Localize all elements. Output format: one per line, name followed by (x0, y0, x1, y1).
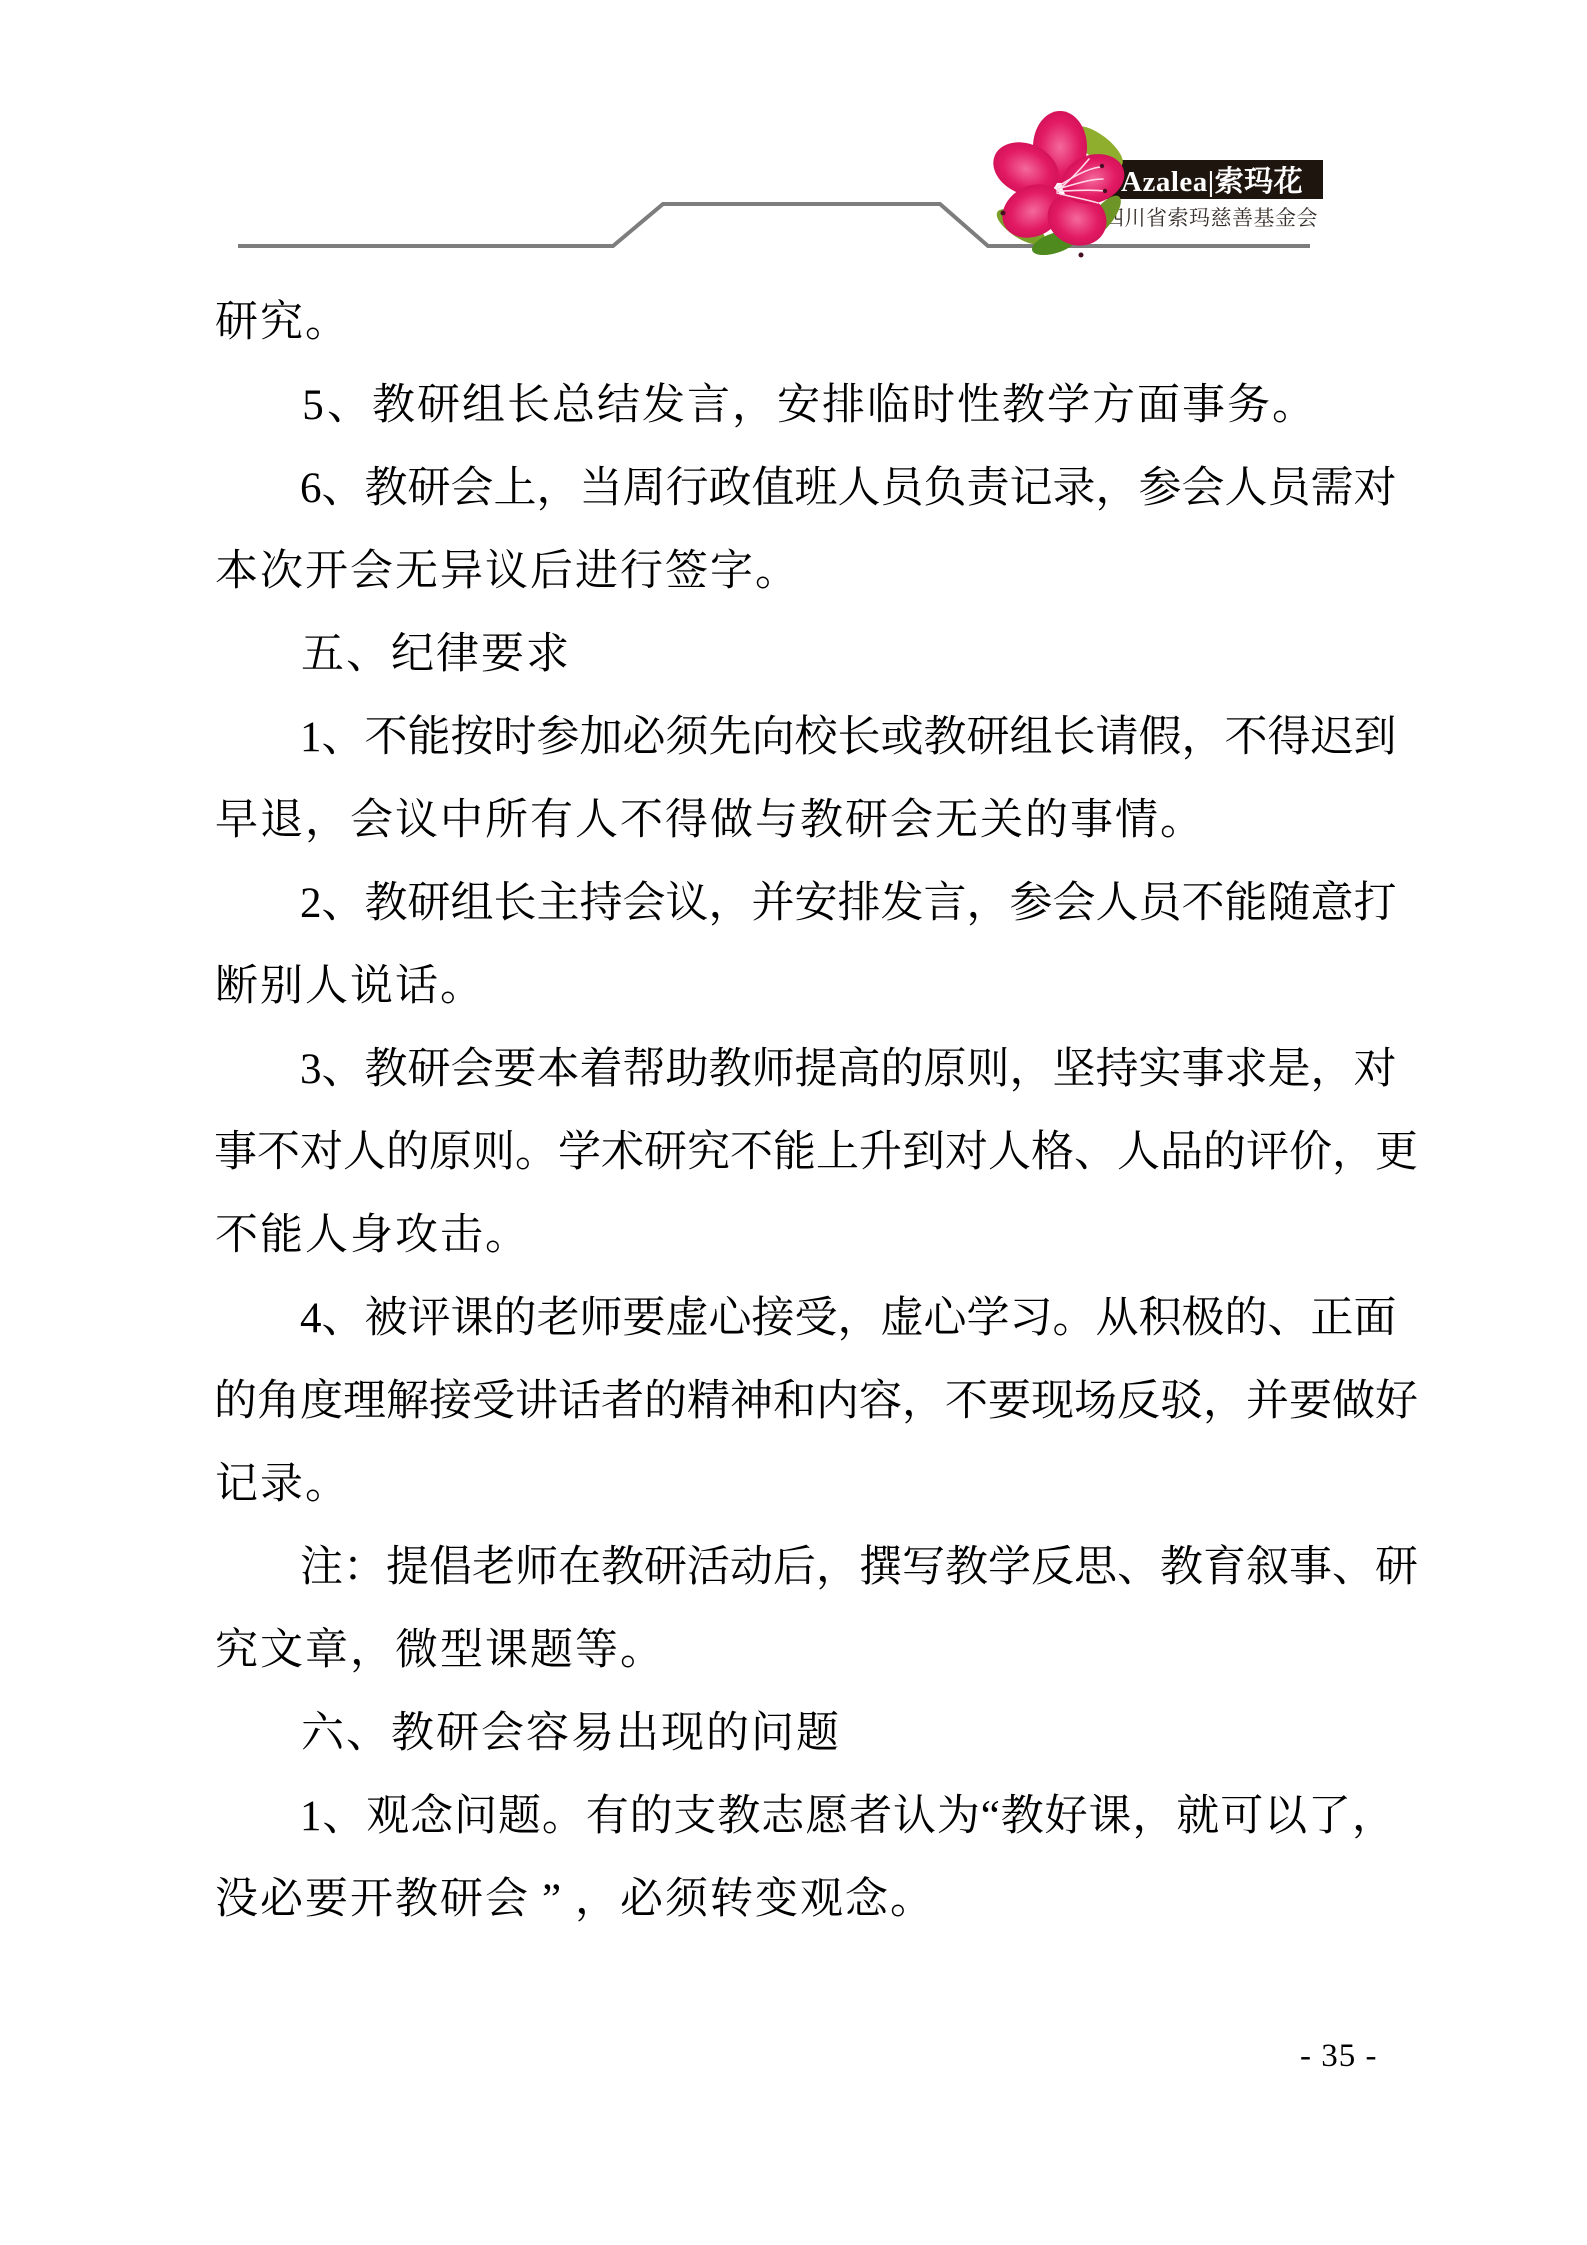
brand-name-text: Azalea|索玛花 (1121, 159, 1303, 200)
text-line: 早退，会议中所有人不得做与教研会无关的事情。 (214, 779, 1395, 862)
document-page: { "page": { "number_label": "- 35 -" }, … (0, 0, 1587, 2245)
stamen-group (1057, 159, 1104, 203)
text-line: 2、教研组长主持会议，并安排发言，参会人员不能随意打 (214, 862, 1395, 945)
text-line: 不能人身攻击。 (214, 1194, 1395, 1277)
text-line: 事不对人的原则。学术研究不能上升到对人格、人品的评价，更 (214, 1111, 1395, 1194)
text-line: 本次开会无异议后进行签字。 (214, 530, 1395, 613)
text-line: 断别人说话。 (214, 945, 1395, 1028)
text-line: 五、纪律要求 (214, 613, 1395, 696)
text-line: 1、观念问题。有的支教志愿者认为“教好课，就可以了， (214, 1775, 1395, 1858)
text-line: 的角度理解接受讲话者的精神和内容，不要现场反驳，并要做好 (214, 1360, 1395, 1443)
organization-name: 四川省索玛慈善基金会 (1103, 202, 1318, 230)
text-line: 注：提倡老师在教研活动后，撰写教学反思、教育叙事、研 (214, 1526, 1395, 1609)
text-line: 6、教研会上，当周行政值班人员负责记录，参会人员需对 (214, 447, 1395, 530)
text-line: 3、教研会要本着帮助教师提高的原则，坚持实事求是，对 (214, 1028, 1395, 1111)
text-line: 究文章，微型课题等。 (214, 1609, 1395, 1692)
logo-banner: Azalea|索玛花 (1105, 160, 1323, 199)
text-line: 没必要开教研会”，必须转变观念。 (214, 1858, 1395, 1941)
anther-dots (1001, 164, 1108, 258)
text-line: 记录。 (214, 1443, 1395, 1526)
text-line: 六、教研会容易出现的问题 (214, 1692, 1395, 1775)
header-rule-line (0, 0, 1587, 280)
text-line: 4、被评课的老师要虚心接受，虚心学习。从积极的、正面 (214, 1277, 1395, 1360)
page-number: - 35 - (1300, 2038, 1400, 2082)
document-body: 研究。5、教研组长总结发言，安排临时性教学方面事务。6、教研会上，当周行政值班人… (214, 281, 1395, 1941)
text-line: 5、教研组长总结发言，安排临时性教学方面事务。 (214, 364, 1395, 447)
text-line: 1、不能按时参加必须先向校长或教研组长请假，不得迟到 (214, 696, 1395, 779)
text-line: 研究。 (214, 281, 1395, 364)
